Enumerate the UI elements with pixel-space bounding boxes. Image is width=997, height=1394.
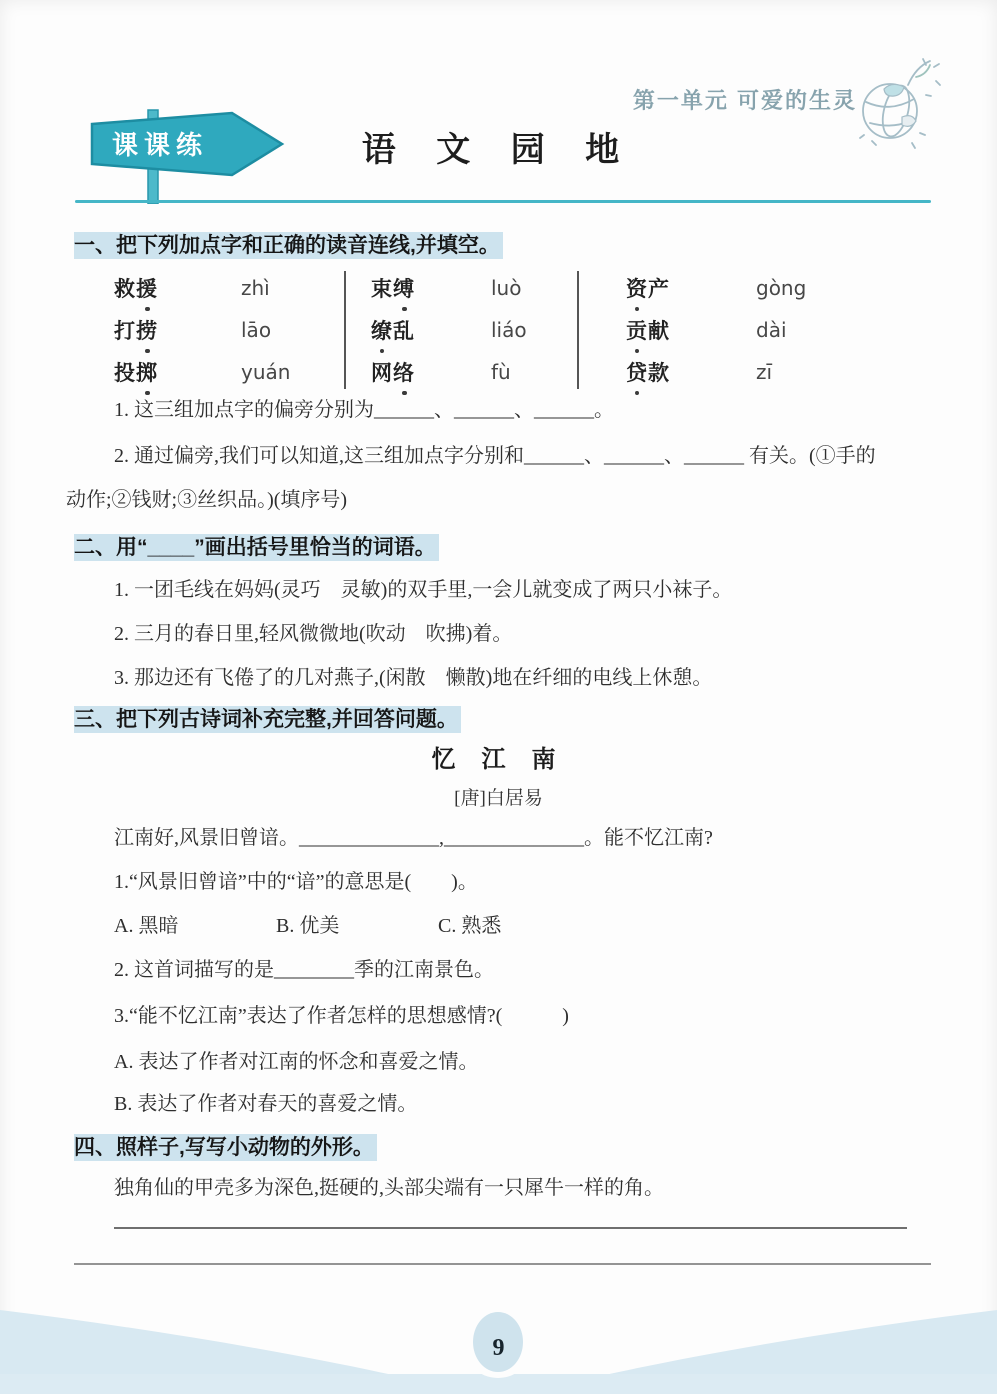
page-number: 9 xyxy=(0,1335,997,1362)
exercise-item: 1. 一团毛线在妈妈(灵巧 灵敏)的双手里,一会儿就变成了两只小袜子。 xyxy=(114,575,931,605)
page-divider xyxy=(74,1263,931,1265)
pinyin-cell: gòng xyxy=(756,276,806,300)
page-footer: 9 xyxy=(0,1286,997,1394)
section-three-heading: 三、把下列古诗词补充完整,并回答问题。 xyxy=(74,705,931,735)
writing-line xyxy=(114,1227,907,1229)
option-item: B. 优美 xyxy=(276,911,433,941)
section-four-heading-text: 四、照样子,写写小动物的外形。 xyxy=(74,1134,377,1161)
question-line: 3.“能不忆江南”表达了作者怎样的思想感情?( ) xyxy=(114,1001,931,1031)
question-line: 1. 这三组加点字的偏旁分别为______、______、______。 xyxy=(114,395,931,425)
option-item: B. 表达了作者对春天的喜爱之情。 xyxy=(114,1089,931,1119)
option-item: A. 表达了作者对江南的怀念和喜爱之情。 xyxy=(114,1047,931,1077)
pinyin-cell: zī xyxy=(756,360,772,384)
worksheet-content: 一、把下列加点字和正确的读音连线,并填空。 救援 zhì 束缚 luò 资产 g… xyxy=(0,231,997,1265)
question-line: 2. 这首词描写的是________季的江南景色。 xyxy=(114,955,931,985)
section-four-heading: 四、照样子,写写小动物的外形。 xyxy=(74,1133,931,1163)
example-sentence: 独角仙的甲壳多为深色,挺硬的,头部尖端有一只犀牛一样的角。 xyxy=(114,1173,931,1203)
match-table-row: 救援 zhì 束缚 luò 资产 gòng xyxy=(114,267,914,309)
word-cell: 投掷 xyxy=(114,357,158,387)
word-cell: 贡献 xyxy=(626,315,670,345)
option-item: A. 黑暗 xyxy=(114,911,271,941)
header-rule xyxy=(75,200,931,203)
word-cell: 打捞 xyxy=(114,315,158,345)
pinyin-cell: liáo xyxy=(491,318,527,342)
section-three-heading-text: 三、把下列古诗词补充完整,并回答问题。 xyxy=(74,706,461,733)
question-line: 1.“风景旧曾谙”中的“谙”的意思是( )。 xyxy=(114,867,931,897)
match-table-row: 投掷 yuán 网络 fù 贷款 zī xyxy=(114,351,914,393)
pinyin-cell: dài xyxy=(756,318,787,342)
option-item: C. 熟悉 xyxy=(438,911,501,941)
section-two-heading-text: 二、用“____”画出括号里恰当的词语。 xyxy=(74,534,439,561)
question-line: 2. 通过偏旁,我们可以知道,这三组加点字分别和______、______、__… xyxy=(114,441,931,471)
page-title: 语 文 园 地 xyxy=(0,122,997,171)
word-cell: 贷款 xyxy=(626,357,670,387)
pinyin-cell: yuán xyxy=(241,360,290,384)
pinyin-cell: luò xyxy=(491,276,521,300)
poem-author: [唐]白居易 xyxy=(66,785,931,813)
pinyin-cell: lāo xyxy=(241,318,271,342)
exercise-item: 3. 那边还有飞倦了的几对燕子,(闲散 懒散)地在纤细的电线上休憩。 xyxy=(114,663,931,693)
table-divider xyxy=(344,271,346,389)
pinyin-cell: zhì xyxy=(241,276,270,300)
question-line-continuation: 动作;②钱财;③丝织品。)(填序号) xyxy=(66,485,931,515)
page-header: 第一单元 可爱的生灵 课课练 语 文 园 地 xyxy=(0,0,997,205)
match-table-row: 打捞 lāo 缭乱 liáo 贡献 dài xyxy=(114,309,914,351)
match-table: 救援 zhì 束缚 luò 资产 gòng 打捞 lāo 缭乱 liáo 贡献 … xyxy=(114,267,914,393)
options-row: A. 黑暗 B. 优美 C. 熟悉 xyxy=(114,911,931,941)
word-cell: 救援 xyxy=(114,273,158,303)
unit-label: 第一单元 可爱的生灵 xyxy=(633,84,857,115)
worksheet-page: 第一单元 可爱的生灵 课课练 语 文 园 地 xyxy=(0,0,997,1394)
poem-line: 江南好,风景旧曾谙。______________,______________。… xyxy=(114,823,931,853)
section-one-heading-text: 一、把下列加点字和正确的读音连线,并填空。 xyxy=(74,232,503,259)
pinyin-cell: fù xyxy=(491,360,511,384)
poem-title: 忆 江 南 xyxy=(66,743,931,777)
word-cell: 网络 xyxy=(371,357,415,387)
section-one-heading: 一、把下列加点字和正确的读音连线,并填空。 xyxy=(74,231,931,261)
section-two-heading: 二、用“____”画出括号里恰当的词语。 xyxy=(74,533,931,563)
word-cell: 缭乱 xyxy=(371,315,415,345)
word-cell: 资产 xyxy=(626,273,670,303)
exercise-item: 2. 三月的春日里,轻风微微地(吹动 吹拂)着。 xyxy=(114,619,931,649)
word-cell: 束缚 xyxy=(371,273,415,303)
table-divider xyxy=(577,271,579,389)
